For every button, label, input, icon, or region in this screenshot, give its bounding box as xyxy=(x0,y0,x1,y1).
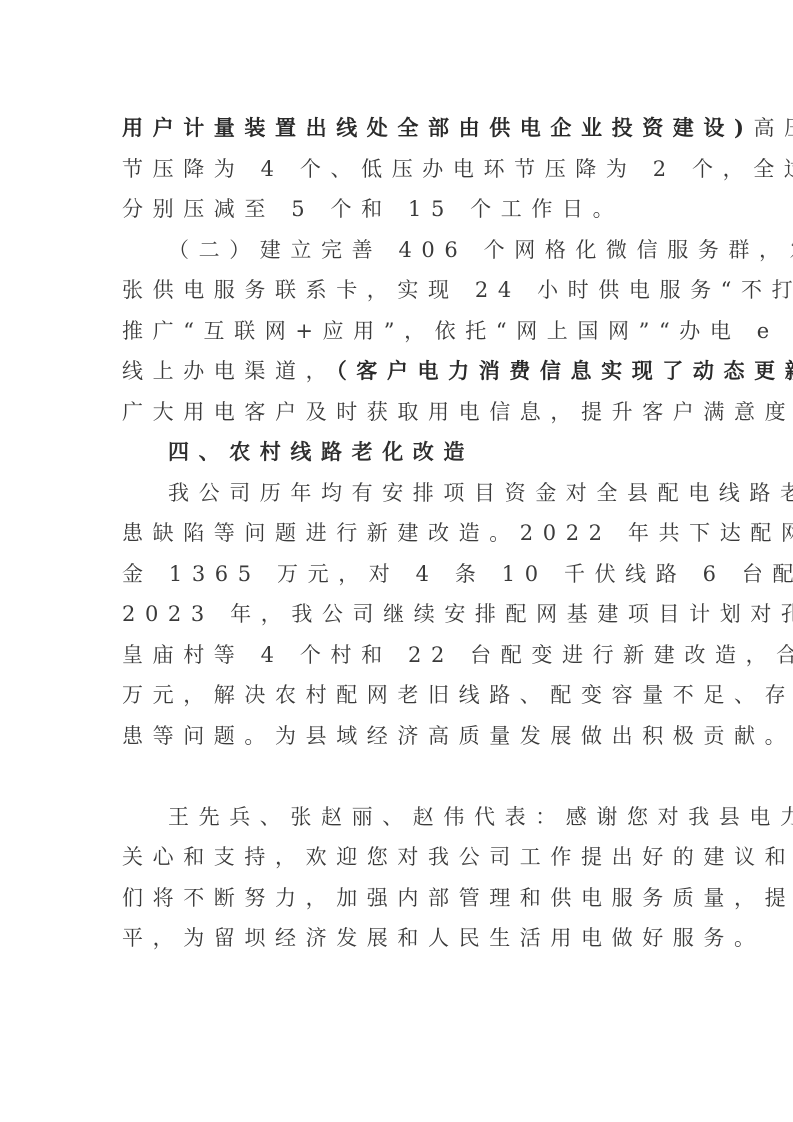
paragraph-wechat-service: （二）建立完善 406 个网格化微信服务群，发放 1.6 万 张供电服务联系卡，… xyxy=(122,230,674,433)
paragraph-closing: 王先兵、张赵丽、赵伟代表：感谢您对我县电力事业的 关心和支持，欢迎您对我公司工作… xyxy=(122,797,674,959)
text-line: 节压降为 4 个、低压办电环节压降为 2 个，全过程办电时长 xyxy=(122,149,674,190)
section-heading: 四、农村线路老化改造 xyxy=(122,432,674,473)
text-line: （二）建立完善 406 个网格化微信服务群，发放 1.6 万 xyxy=(122,230,674,271)
text: 线上办电渠道， xyxy=(122,359,336,383)
text-line: 万元，解决农村配网老旧线路、配变容量不足、存在安全隐 xyxy=(122,675,674,716)
text: 高压办电环 xyxy=(754,116,793,140)
text-line: 张供电服务联系卡，实现 24 小时供电服务“不打烊。积极 xyxy=(122,270,674,311)
text-line: 金 1365 万元，对 4 条 10 千伏线路 6 台配变进行新建改造。 xyxy=(122,554,674,595)
text-line: 我公司历年均有安排项目资金对全县配电线路老旧、隐 xyxy=(122,473,674,514)
text-line: 关心和支持，欢迎您对我公司工作提出好的建议和意见，我 xyxy=(122,837,674,878)
text-line: 分别压减至 5 个和 15 个工作日。 xyxy=(122,189,674,230)
text-line: 患缺陷等问题进行新建改造。2022 年共下达配网建设改造资 xyxy=(122,513,674,554)
paragraph-rural-lines: 我公司历年均有安排项目资金对全县配电线路老旧、隐 患缺陷等问题进行新建改造。20… xyxy=(122,473,674,757)
text-line: 患等问题。为县域经济高质量发展做出积极贡献。 xyxy=(122,716,674,757)
text-line: 线上办电渠道，（客户电力消费信息实现了动态更新）方便 xyxy=(122,351,674,392)
text-line: 皇庙村等 4 个村和 22 台配变进行新建改造，合计金额 1425 xyxy=(122,635,674,676)
text-line: 推广“互联网+应用”，依托“网上国网”“办电 e 助手”等 xyxy=(122,311,674,352)
blank-line xyxy=(122,756,674,797)
heading-text: 四、农村线路老化改造 xyxy=(122,432,674,473)
text-line: 2023 年，我公司继续安排配网基建项目计划对孔雀台村、玉 xyxy=(122,594,674,635)
text-line: 平，为留坝经济发展和人民生活用电做好服务。 xyxy=(122,918,674,959)
text-line: 广大用电客户及时获取用电信息，提升客户满意度。 xyxy=(122,392,674,433)
text-line: 王先兵、张赵丽、赵伟代表：感谢您对我县电力事业的 xyxy=(122,797,674,838)
paragraph-metering-continuation: 用户计量装置出线处全部由供电企业投资建设)高压办电环 节压降为 4 个、低压办电… xyxy=(122,108,674,230)
text-line: 用户计量装置出线处全部由供电企业投资建设)高压办电环 xyxy=(122,108,674,149)
text-line: 们将不断努力，加强内部管理和供电服务质量，提高管理水 xyxy=(122,878,674,919)
document-page: 用户计量装置出线处全部由供电企业投资建设)高压办电环 节压降为 4 个、低压办电… xyxy=(122,108,674,959)
bold-text: （客户电力消费信息实现了动态更新） xyxy=(336,358,793,383)
bold-text: 用户计量装置出线处全部由供电企业投资建设) xyxy=(122,115,754,140)
